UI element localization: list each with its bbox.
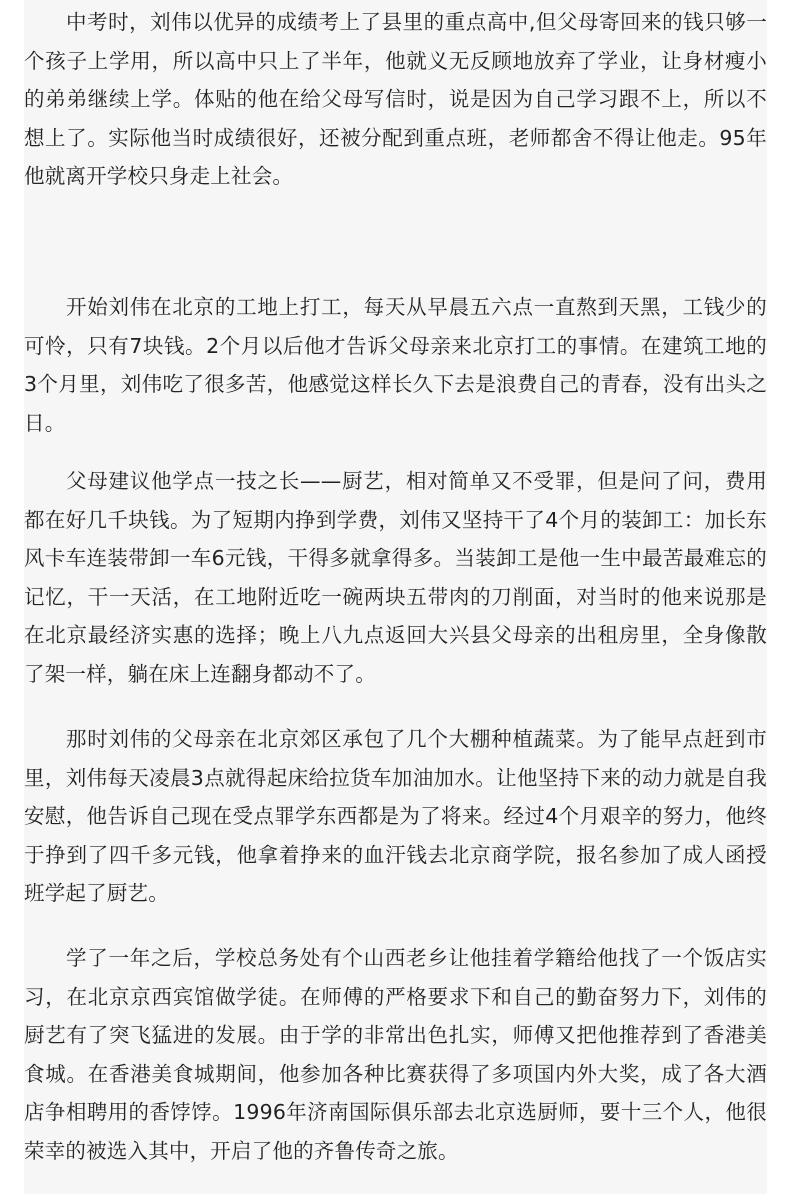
paragraph-3: 父母建议他学点一技之长——厨艺，相对简单又不受罪，但是问了问，费用都在好几千块钱… — [24, 462, 767, 693]
paragraph-4: 那时刘伟的父母亲在北京郊区承包了几个大棚种植蔬菜。为了能早点赶到市里，刘伟每天凌… — [24, 720, 767, 913]
paragraph-5: 学了一年之后，学校总务处有个山西老乡让他挂着学籍给他找了一个饭店实习，在北京京西… — [24, 939, 767, 1170]
paragraph-1: 中考时，刘伟以优异的成绩考上了县里的重点高中,但父母寄回来的钱只够一个孩子上学用… — [24, 3, 767, 196]
paragraph-2: 开始刘伟在北京的工地上打工，每天从早晨五六点一直熬到天黑，工钱少的可怜，只有7块… — [24, 288, 767, 442]
